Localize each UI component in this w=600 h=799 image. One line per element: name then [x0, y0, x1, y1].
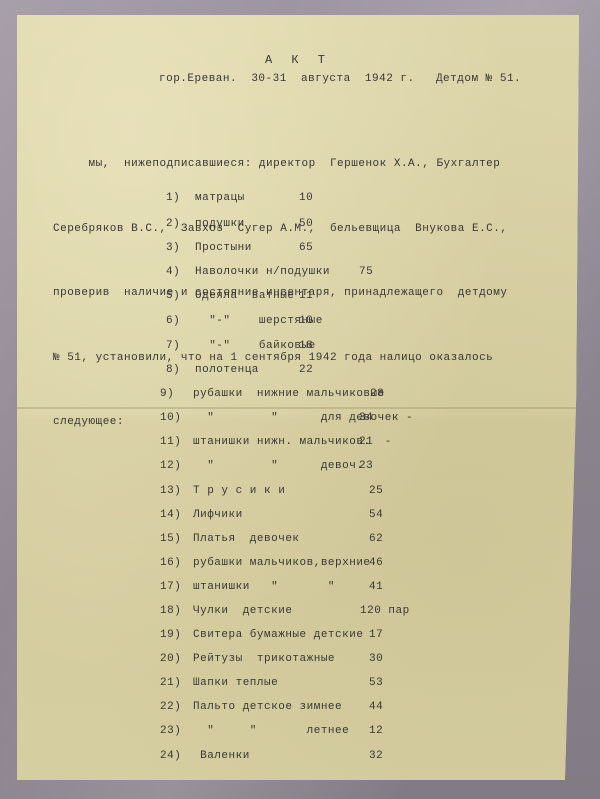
item-name: Наволочки н/подушки [195, 266, 330, 278]
item-number: 20) [160, 653, 181, 665]
item-number: 19) [160, 629, 181, 641]
item-quantity: 50 [299, 218, 313, 230]
item-quantity: 53 [369, 677, 383, 689]
item-name: рубашки мальчиков,верхние [193, 557, 371, 569]
item-quantity: 17 [369, 629, 383, 641]
item-quantity: 22 [299, 364, 313, 376]
item-number: 11) [160, 436, 181, 448]
item-quantity: 10 [299, 315, 313, 327]
item-quantity: 21 [359, 436, 373, 448]
item-name: Чулки детские [193, 605, 292, 617]
item-name: " " для девочек - [193, 412, 413, 424]
item-number: 23) [160, 725, 181, 737]
document-page: А К Т гор.Ереван. 30-31 августа 1942 г. … [17, 15, 579, 780]
item-number: 2) [166, 218, 180, 230]
item-number: 24) [160, 750, 181, 762]
item-quantity: 10 [299, 192, 313, 204]
item-name: " " летнее [193, 725, 349, 737]
item-name: " " девоч. [193, 460, 363, 472]
item-quantity: 54 [369, 509, 383, 521]
item-name: Шапки теплые [193, 677, 278, 689]
document-title: А К Т [17, 53, 579, 67]
item-number: 1) [166, 192, 180, 204]
document-subtitle: гор.Ереван. 30-31 августа 1942 г. Детдом… [159, 73, 521, 85]
item-number: 5) [166, 290, 180, 302]
paragraph-line: мы, нижеподписавшиеся: директор Гершенок… [53, 154, 507, 176]
item-quantity: 11 [299, 290, 313, 302]
item-number: 3) [166, 242, 180, 254]
item-number: 21) [160, 677, 181, 689]
item-name: "-" байковые [195, 340, 316, 352]
item-quantity: 25 [369, 485, 383, 497]
item-quantity: 28 [370, 388, 384, 400]
item-quantity: 23 [359, 460, 373, 472]
item-number: 10) [160, 412, 181, 424]
item-quantity: 32 [369, 750, 383, 762]
item-name: Свитера бумажные детские [193, 629, 363, 641]
item-number: 9) [160, 388, 174, 400]
item-number: 13) [160, 485, 181, 497]
item-quantity: 34 [359, 412, 373, 424]
item-name: Пальто детское зимнее [193, 701, 342, 713]
item-number: 16) [160, 557, 181, 569]
item-name: штанишки " " [193, 581, 335, 593]
item-number: 7) [166, 340, 180, 352]
item-name: Рейтузы трикотажные [193, 653, 335, 665]
paragraph-line: Серебряков В.С., Завхоз Сугер А.М., бель… [53, 219, 507, 241]
item-name: полотенца [195, 364, 259, 376]
item-name: Валенки [193, 750, 250, 762]
item-name: матрацы [195, 192, 245, 204]
item-number: 14) [160, 509, 181, 521]
item-name: Лифчики [193, 509, 243, 521]
item-name: Платья девочек [193, 533, 300, 545]
item-quantity: 30 [369, 653, 383, 665]
item-quantity: 18 [299, 340, 313, 352]
item-number: 18) [160, 605, 181, 617]
item-number: 12) [160, 460, 181, 472]
item-name: рубашки нижние мальчиковые [193, 388, 385, 400]
item-quantity: 44 [369, 701, 383, 713]
item-quantity: 46 [369, 557, 383, 569]
item-number: 17) [160, 581, 181, 593]
item-name: Простыни [195, 242, 252, 254]
item-quantity: 41 [369, 581, 383, 593]
item-quantity: 12 [369, 725, 383, 737]
item-number: 6) [166, 315, 180, 327]
item-number: 8) [166, 364, 180, 376]
item-quantity: 62 [369, 533, 383, 545]
item-quantity: 120 пар [360, 605, 410, 617]
item-quantity: 75 [359, 266, 373, 278]
item-name: Т р у с и к и [193, 485, 285, 497]
item-quantity: 65 [299, 242, 313, 254]
item-name: подушки [195, 218, 245, 230]
item-name: Одеяла ватные [195, 290, 294, 302]
item-number: 15) [160, 533, 181, 545]
item-number: 22) [160, 701, 181, 713]
item-number: 4) [166, 266, 180, 278]
